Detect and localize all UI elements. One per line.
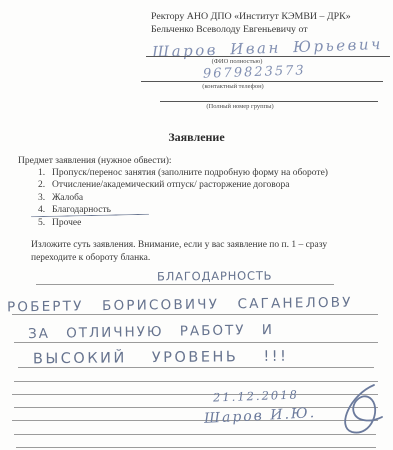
ruled-line <box>12 394 378 395</box>
ruled-line <box>14 407 378 408</box>
phone-caption: (контактный телефон) <box>173 83 293 90</box>
ruled-line <box>14 342 378 343</box>
application-form-page: Ректору АНО ДПО «Институт КЭМВИ – ДРК» Б… <box>0 0 393 450</box>
option-number: 1. <box>38 168 45 178</box>
instruction-text: Изложите суть заявления. Внимание, если … <box>31 239 371 265</box>
ruled-line <box>14 381 378 382</box>
statement-line-3: ЗА ОТЛИЧНУЮ РАБОТУ И <box>28 322 274 342</box>
selected-option-pen-underline <box>31 214 149 217</box>
recipient-line-2: Бельченко Всеволоду Евгеньевичу от <box>151 24 308 35</box>
option-label: Прочее <box>52 218 81 228</box>
option-number: 4. <box>38 205 45 215</box>
option-label: Благодарность <box>52 205 111 215</box>
ruled-line <box>36 284 334 285</box>
option-number: 2. <box>38 180 45 190</box>
ruled-line <box>18 367 374 368</box>
ruled-line <box>14 434 376 435</box>
option-label: Жалоба <box>52 193 83 203</box>
recipient-line-1: Ректору АНО ДПО «Институт КЭМВИ – ДРК» <box>151 11 351 22</box>
option-number: 3. <box>38 193 45 203</box>
form-title: Заявление <box>0 130 393 145</box>
option-number: 5. <box>38 218 45 228</box>
phone-handwritten-value: 9679823573 <box>203 63 306 82</box>
statement-line-4: ВЫСОКИЙ УРОВЕНЬ !!! <box>33 349 289 368</box>
option-label: Отчисление/академический отпуск/ расторж… <box>52 180 289 190</box>
group-field-line <box>160 101 378 102</box>
ruled-line <box>12 420 378 421</box>
option-label: Пропуск/перенос занятия (заполните подро… <box>52 168 328 178</box>
fio-field-line <box>146 56 390 57</box>
group-caption: (Полный номер группы) <box>180 103 300 110</box>
date-handwritten: 21.12.2018 <box>213 388 299 405</box>
signature-name: Шаров И.Ю. <box>204 405 317 427</box>
signature-flourish <box>330 383 386 435</box>
subject-label: Предмет заявления (нужное обвести): <box>18 156 172 166</box>
statement-line-2: РОБЕРТУ БОРИСОВИЧУ САГАНЕЛОВУ <box>7 295 353 316</box>
statement-line-1: БЛАГОДАРНОСТЬ <box>157 268 272 283</box>
ruled-line <box>16 447 376 448</box>
phone-field-line <box>141 81 383 82</box>
